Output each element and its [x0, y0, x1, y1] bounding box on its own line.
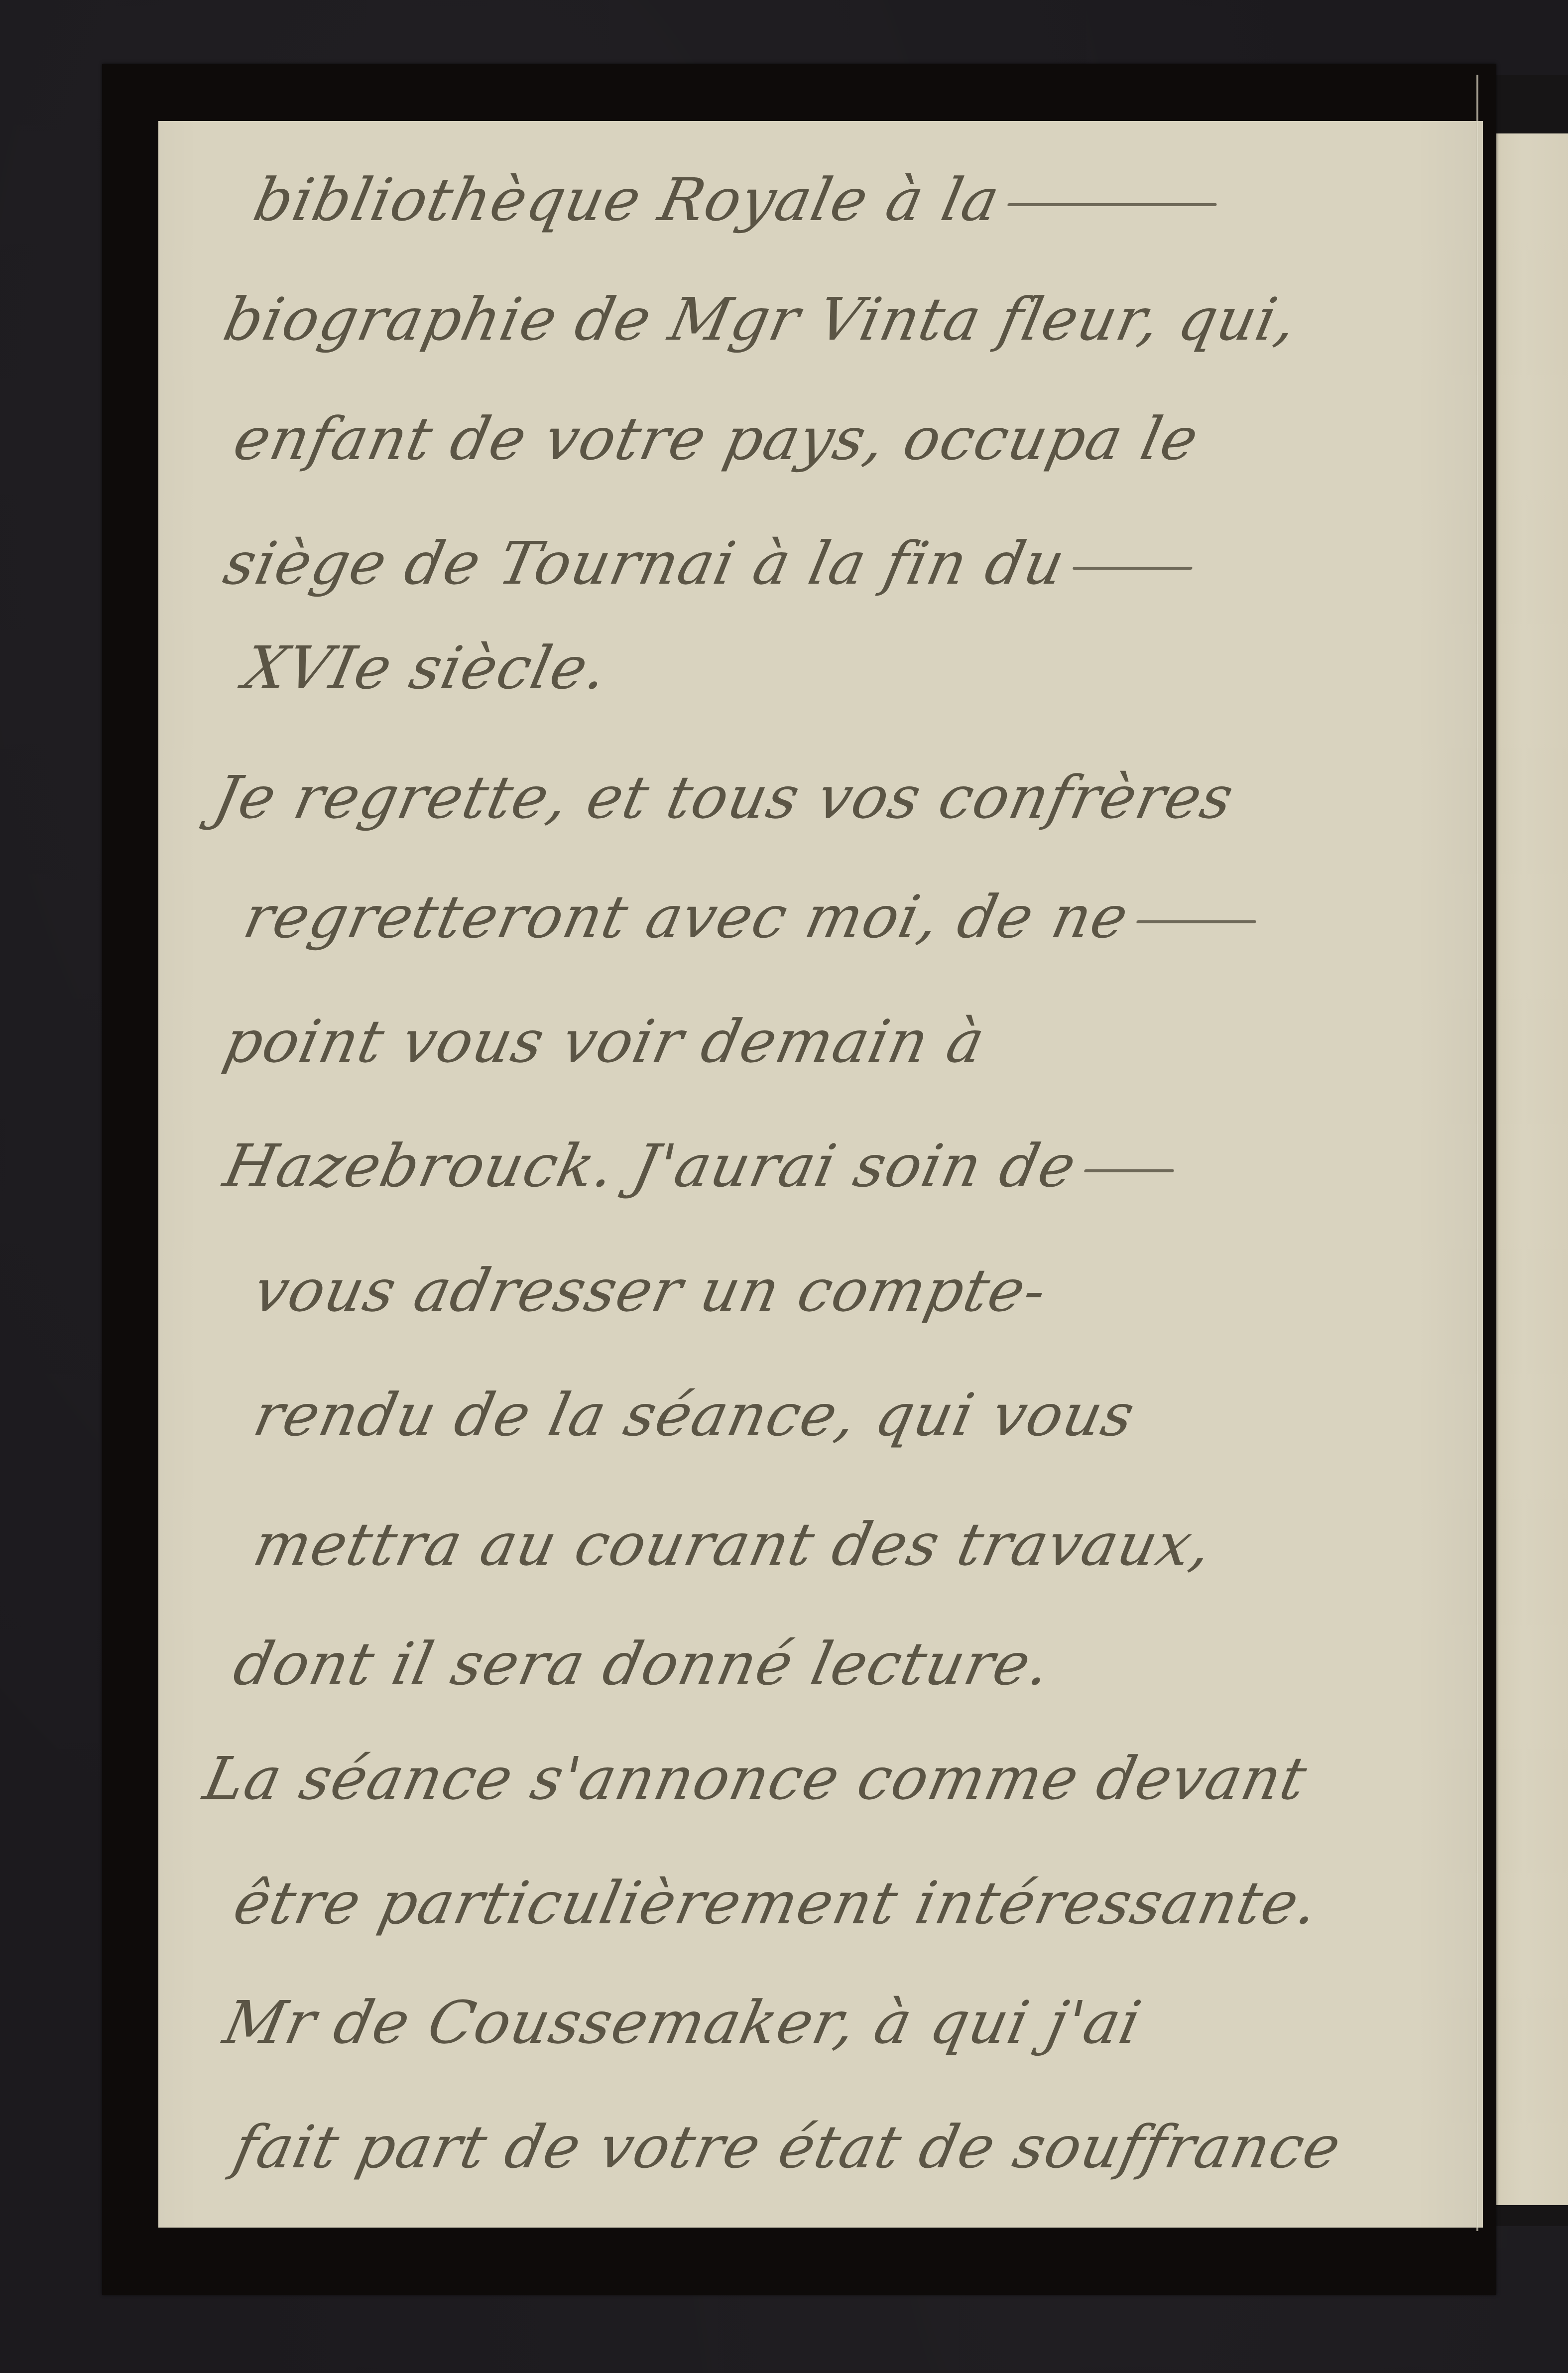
letter-line: fait part de votre état de souffrance [229, 2118, 1346, 2176]
pen-flourish [1007, 203, 1217, 206]
letter-line: mettra au courant des travaux, [249, 1515, 1217, 1574]
letter-line: Mr de Coussemaker, à qui j'ai [219, 1993, 1147, 2052]
adjacent-page-edge [1494, 75, 1568, 2226]
letter-line: enfant de votre pays, occupa le [229, 409, 1204, 468]
letter-line: rendu de la séance, qui vous [249, 1385, 1140, 1444]
letter-line: Je regrette, et tous vos confrères [209, 768, 1239, 827]
letter-line: La séance s'annonce comme devant [199, 1749, 1312, 1808]
letter-line: être particulièrement intéressante. [229, 1873, 1324, 1932]
pen-flourish [1084, 1169, 1174, 1172]
letter-line: dont il sera donné lecture. [229, 1634, 1056, 1693]
adjacent-page-paper [1494, 133, 1568, 2205]
fold-line [1476, 75, 1478, 2231]
letter-line: bibliothèque Royale à la [249, 170, 1224, 229]
letter-line: vous adresser un compte- [249, 1261, 1052, 1320]
letter-line: point vous voir demain à [219, 1012, 990, 1071]
letter-line: siège de Tournai à la fin du [219, 534, 1200, 593]
pen-flourish [1073, 567, 1193, 570]
letter-line: Hazebrouck. J'aurai soin de [219, 1136, 1181, 1195]
letter-line: biographie de Mgr Vinta fleur, qui, [219, 290, 1303, 349]
letter-line: regretteront avec moi, de ne [239, 887, 1263, 946]
letter-line: XVIe siècle. [239, 638, 613, 697]
pen-flourish [1136, 920, 1256, 923]
